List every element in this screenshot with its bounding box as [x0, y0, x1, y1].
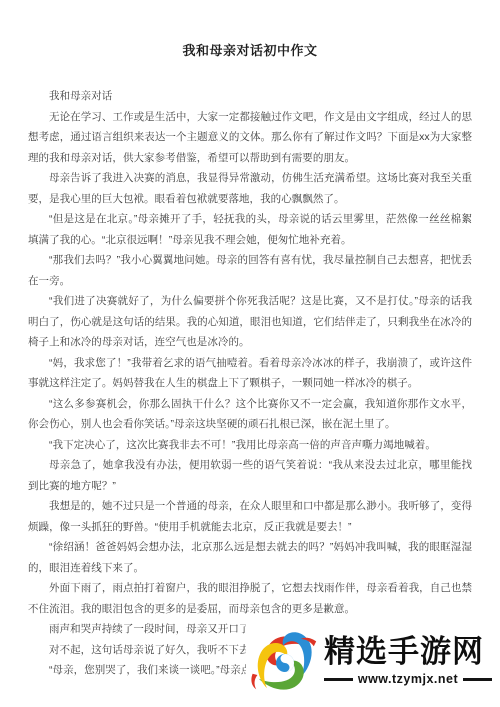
essay-paragraph: 母亲告诉了我进入决赛的消息，我显得异常激动，仿佛生活充满希望。这场比赛对我至关重… [28, 168, 472, 209]
watermark-dash-left [324, 678, 353, 681]
essay-paragraph: 我想是的，她不过只是一个普通的母亲，在众人眼里和口中都是那么渺小。我听够了，变得… [28, 496, 472, 537]
watermark-site-name: 精选手游网 [324, 635, 492, 669]
watermark-site-url: www.tzymjx.net [358, 672, 458, 686]
essay-paragraph: 外面下雨了，雨点拍打着窗户，我的眼泪挣脱了，它想去找雨作伴，母亲看着我，自己也禁… [28, 578, 472, 619]
pinwheel-icon [246, 627, 324, 699]
essay-paragraph: “我下定决心了，这次比赛我非去不可！”我用比母亲高一倍的声音声嘶力竭地喊着。 [28, 435, 472, 456]
essay-paragraph: “这么多参赛机会，你那么固执干什么？这个比赛你又不一定会赢，我知道你那作文水平，… [28, 394, 472, 435]
essay-paragraph: “那我们去吗？”我小心翼翼地问她。母亲的回答有喜有忧，我尽量控制自己去想喜，把忧… [28, 250, 472, 291]
essay-paragraph: “徐绍涵！爸爸妈妈会想办法，北京那么远是想去就去的吗？”妈妈冲我叫喊，我的眼眶湿… [28, 537, 472, 578]
watermark-text: 精选手游网 www.tzymjx.net [324, 635, 500, 686]
essay-paragraph: “妈，我求您了！”我带着乞求的语气抽噎着。看着母亲冷冰冰的样子，我崩溃了，或许这… [28, 353, 472, 394]
watermark: 精选手游网 www.tzymjx.net [246, 614, 500, 707]
essay-paragraph: “我们进了决赛就好了，为什么偏要拼个你死我活呢？这是比赛，又不是打仗。”母亲的话… [28, 291, 472, 353]
essay-subtitle: 我和母亲对话 [28, 86, 472, 107]
essay-page: 我和母亲对话初中作文 我和母亲对话 无论在学习、工作或是生活中，大家一定都接触过… [0, 0, 500, 707]
pinwheel-flick-left [251, 673, 257, 689]
page-title: 我和母亲对话初中作文 [28, 40, 472, 59]
essay-paragraph: 无论在学习、工作或是生活中，大家一定都接触过作文吧，作文是由文字组成，经过人的思… [28, 107, 472, 169]
essay-body: 我和母亲对话 无论在学习、工作或是生活中，大家一定都接触过作文吧，作文是由文字组… [28, 86, 472, 681]
watermark-dash-right [463, 678, 492, 681]
watermark-url-row: www.tzymjx.net [324, 672, 492, 686]
essay-paragraph: “但是这是在北京。”母亲摊开了手，轻抚我的头，母亲说的话云里雾里，茫然像一丝丝棉… [28, 209, 472, 250]
essay-paragraph: 母亲急了，她拿我没有办法，便用软弱一些的语气笑着说：“我从来没去过北京，哪里能找… [28, 455, 472, 496]
